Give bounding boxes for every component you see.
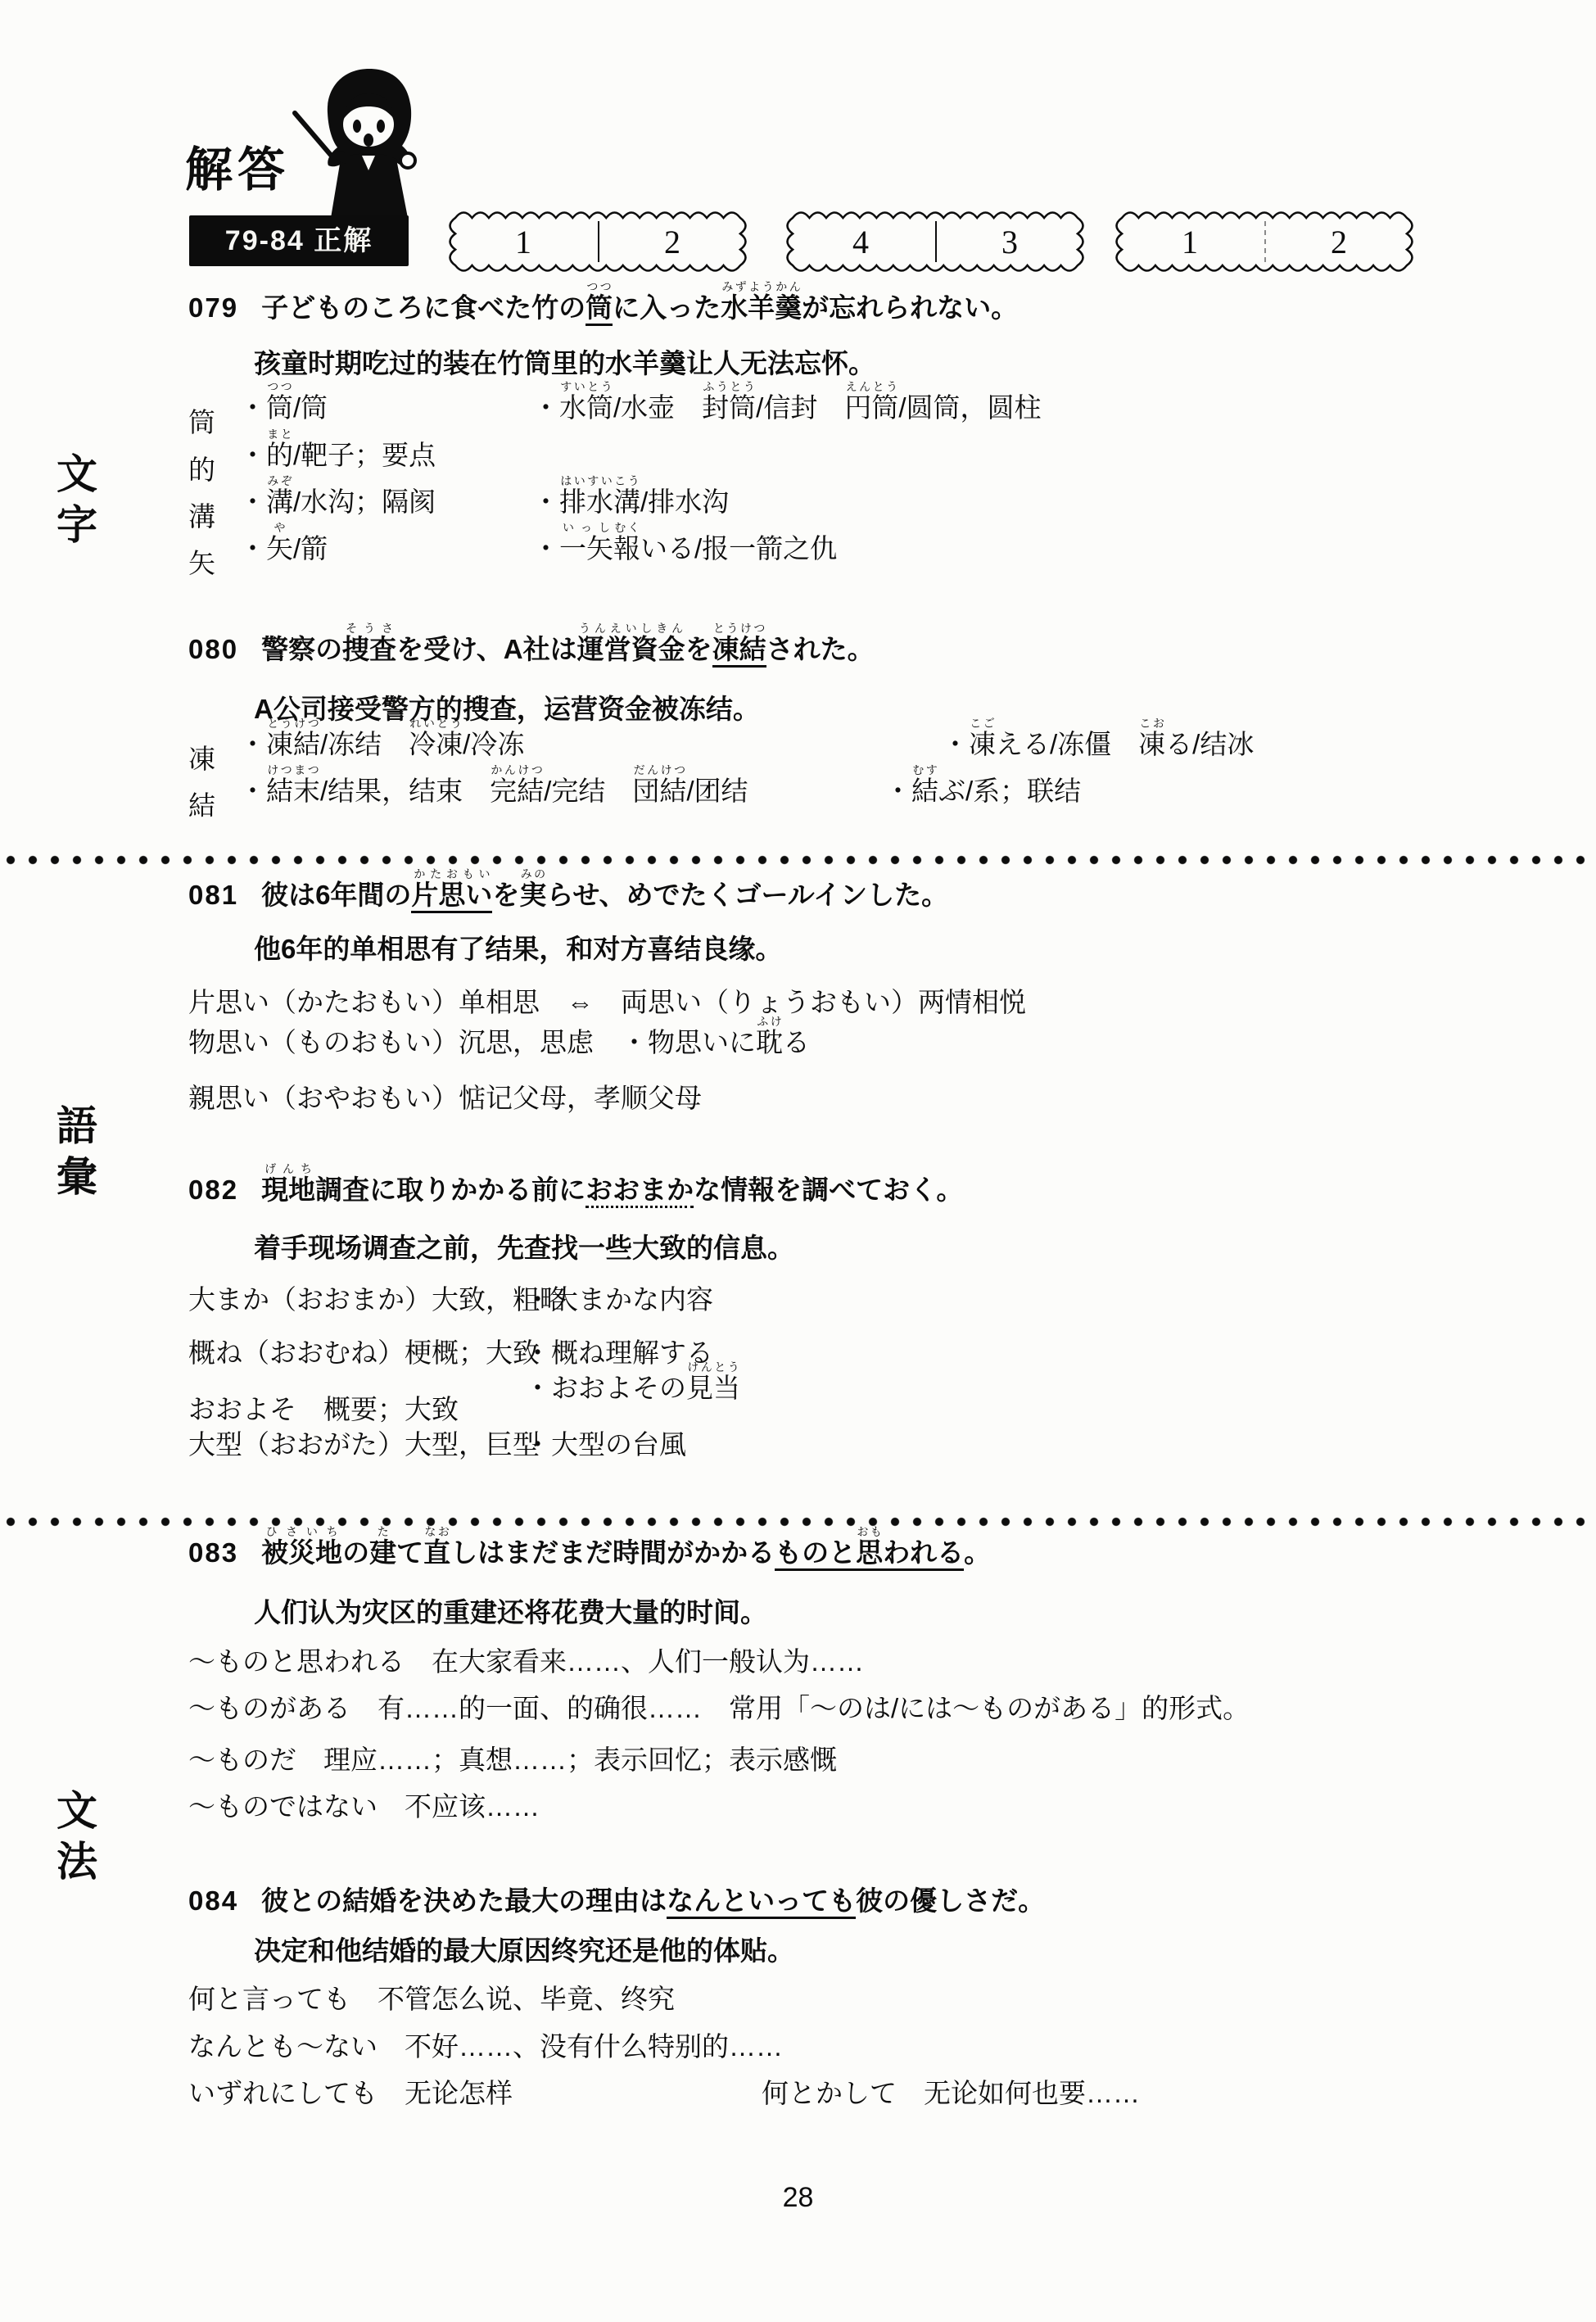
answer-cell: 4 — [786, 220, 935, 264]
grammar-line: いずれにしても 无论怎样何とかして 无论如何也要…… — [188, 2057, 1140, 2110]
answers-badge: 79-84 正解 — [189, 215, 409, 266]
grammar-line: 何と言っても 不管怎么说、毕竟、终究 — [188, 1962, 675, 2016]
kanji-compounds-column: ・一矢いっし報むくいる/报一箭之仇 — [532, 521, 837, 566]
kanji-readings-column: ・矢や/箭 — [239, 521, 328, 566]
vocab-example: ・大型の台風 — [524, 1429, 686, 1460]
vocab-term: 大型（おおがた）大型，巨型 — [188, 1429, 524, 1461]
question-sentence-line: 084彼との結婚を決めた最大の理由はなんといっても彼の優しさだ。 — [188, 1864, 1045, 1917]
translation-line: 他6年的单相思有了结果，和对方喜结良缘。 — [254, 912, 782, 966]
answer-cell: 2 — [1264, 220, 1413, 264]
question-sentence: 被災地ひさいちの建たて直なおしはまだまだ時間がかかるものと思おもわれる。 — [261, 1537, 991, 1571]
teacher-girl-illustration — [283, 62, 447, 222]
page-number: 28 — [0, 2182, 1596, 2214]
question-sentence-line: 083被災地ひさいちの建たて直なおしはまだまだ時間がかかるものと思おもわれる。 — [188, 1525, 991, 1569]
grammar-term: いずれにしても 无论怎样 — [188, 2078, 762, 2110]
question-sentence: 子どものころに食べた竹の筒つつに入った水羊羹みずようかんが忘れられない。 — [261, 292, 1018, 326]
kanji-readings-column: ・筒つつ/筒 — [239, 380, 328, 425]
answer-cell: 2 — [598, 220, 747, 264]
vocab-line: 物思い（ものおもい）沉思，思虑 ・物思いに耽ふける — [188, 1015, 810, 1059]
grammar-line: ～ものではない 不应该…… — [188, 1770, 540, 1823]
grammar-line: ～ものと思われる 在大家看来……、人们一般认为…… — [188, 1625, 864, 1678]
answer-cell-divider — [935, 221, 937, 262]
answer-box-group-3: 1 2 — [1115, 211, 1413, 272]
kanji-readings-column: ・溝みぞ/水沟；隔阂 — [239, 474, 436, 519]
question-sentence: 警察の捜査そうさを受け、A社は運営資金うんえいしきんを凍結とうけつされた。 — [261, 634, 875, 668]
question-number: 082 — [188, 1175, 238, 1205]
question-number: 084 — [188, 1885, 238, 1916]
question-sentence-line: 080警察の捜査そうさを受け、A社は運営資金うんえいしきんを凍結とうけつされた。 — [188, 622, 875, 666]
answer-key-page: 解答 79-84 正解 1 2 4 3 1 2 文字 語彙 文法 079子ど — [0, 0, 1596, 2322]
vocab-example: ・おおよその見当けんとう — [524, 1373, 740, 1403]
answer-box-group-2: 4 3 — [786, 211, 1084, 272]
vocab-line: 大まか（おおまか）大致，粗略・大まかな内容 — [188, 1263, 713, 1316]
answer-cell-divider — [1264, 221, 1266, 262]
vocab-line: 片思い（かたおもい）单相思 ⇔ 両思い（りょうおもい）两情相悦 — [188, 966, 1026, 1019]
grammar-term: 何とかして 无论如何也要…… — [762, 2078, 1140, 2108]
answer-cell: 3 — [935, 220, 1084, 264]
kanji-headword: 矢 — [188, 521, 215, 581]
vocab-line: 親思い（おやおもい）惦记父母，孝顺父母 — [188, 1061, 702, 1115]
kanji-readings-column: ・的まと/靶子；要点 — [239, 428, 436, 473]
kanji-readings-column: ・凍結とうけつ/冻结 冷凍れいとう/冷冻 — [239, 717, 524, 762]
question-sentence: 現地げんち調査に取りかかる前におおまかな情報を調べておく。 — [261, 1175, 963, 1208]
kanji-compounds-column: ・凍こごえる/冻僵 凍こおる/结冰 — [942, 717, 1254, 762]
question-number: 080 — [188, 634, 238, 664]
question-sentence: 彼は6年間の片思いかたおもいを実みのらせ、めでたくゴールインした。 — [261, 880, 948, 913]
question-number: 083 — [188, 1537, 238, 1568]
question-sentence-line: 082現地げんち調査に取りかかる前におおまかな情報を調べておく。 — [188, 1162, 963, 1206]
vocab-term: 大まか（おおまか）大致，粗略 — [188, 1284, 524, 1316]
translation-line: 决定和他结婚的最大原因终究还是他的体贴。 — [254, 1914, 794, 1967]
question-number: 079 — [188, 292, 238, 323]
answer-cell-divider — [598, 221, 599, 262]
question-sentence-line: 079子どものころに食べた竹の筒つつに入った水羊羹みずようかんが忘れられない。 — [188, 280, 1018, 324]
translation-line: 着手现场调查之前，先查找一些大致的信息。 — [254, 1211, 794, 1265]
kanji-readings-column: ・結末けつまつ/结果，结束 完結かんけつ/完结 団結だんけつ/团结 — [239, 763, 748, 808]
question-sentence-line: 081彼は6年間の片思いかたおもいを実みのらせ、めでたくゴールインした。 — [188, 867, 948, 912]
answer-cell: 1 — [1115, 220, 1264, 264]
vocab-example: ・大まかな内容 — [524, 1284, 713, 1315]
page-title: 解答 — [185, 131, 290, 200]
kanji-headword: 結 — [188, 763, 215, 823]
kanji-compounds-column: ・水筒すいとう/水壶 封筒ふうとう/信封 円筒えんとう/圆筒，圆柱 — [532, 380, 1042, 425]
vocab-line: 大型（おおがた）大型，巨型・大型の台風 — [188, 1408, 686, 1461]
kanji-compounds-column: ・排水溝はいすいこう/排水沟 — [532, 474, 729, 519]
grammar-line: ～ものだ 理应……；真想……；表示回忆；表示感慨 — [188, 1723, 837, 1777]
answer-cell: 1 — [449, 220, 598, 264]
sidebar-label-moji: 文字 — [44, 452, 103, 554]
translation-line: 孩童时期吃过的装在竹筒里的水羊羹让人无法忘怀。 — [254, 327, 875, 380]
translation-line: 人们认为灾区的重建还将花费大量的时间。 — [254, 1576, 767, 1629]
kanji-compounds-column: ・結むすぶ/系；联结 — [884, 763, 1081, 808]
sidebar-label-bunpo: 文法 — [44, 1789, 103, 1890]
answer-box-group-1: 1 2 — [449, 211, 747, 272]
grammar-line: ～ものがある 有……的一面、的确很…… 常用「～のは/には～ものがある」的形式。 — [188, 1672, 1250, 1725]
question-number: 081 — [188, 880, 238, 910]
sidebar-label-goi: 語彙 — [44, 1104, 103, 1206]
grammar-line: なんとも～ない 不好……、没有什么特别的…… — [188, 2010, 783, 2063]
section-divider — [0, 853, 1596, 867]
